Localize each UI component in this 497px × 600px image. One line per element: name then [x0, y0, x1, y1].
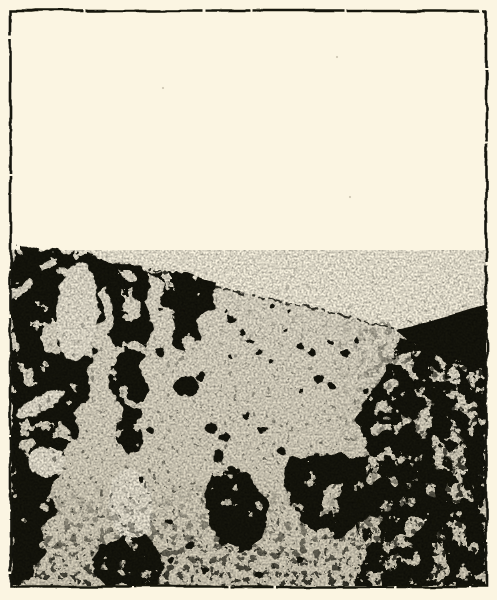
grain-overlay — [11, 250, 486, 587]
print-area — [10, 246, 487, 587]
sky-speck — [349, 196, 351, 198]
artwork-svg — [0, 0, 497, 600]
grain-layer — [11, 250, 486, 587]
sky-speck — [336, 56, 338, 58]
artwork — [0, 0, 497, 600]
sky-speck — [162, 87, 164, 89]
